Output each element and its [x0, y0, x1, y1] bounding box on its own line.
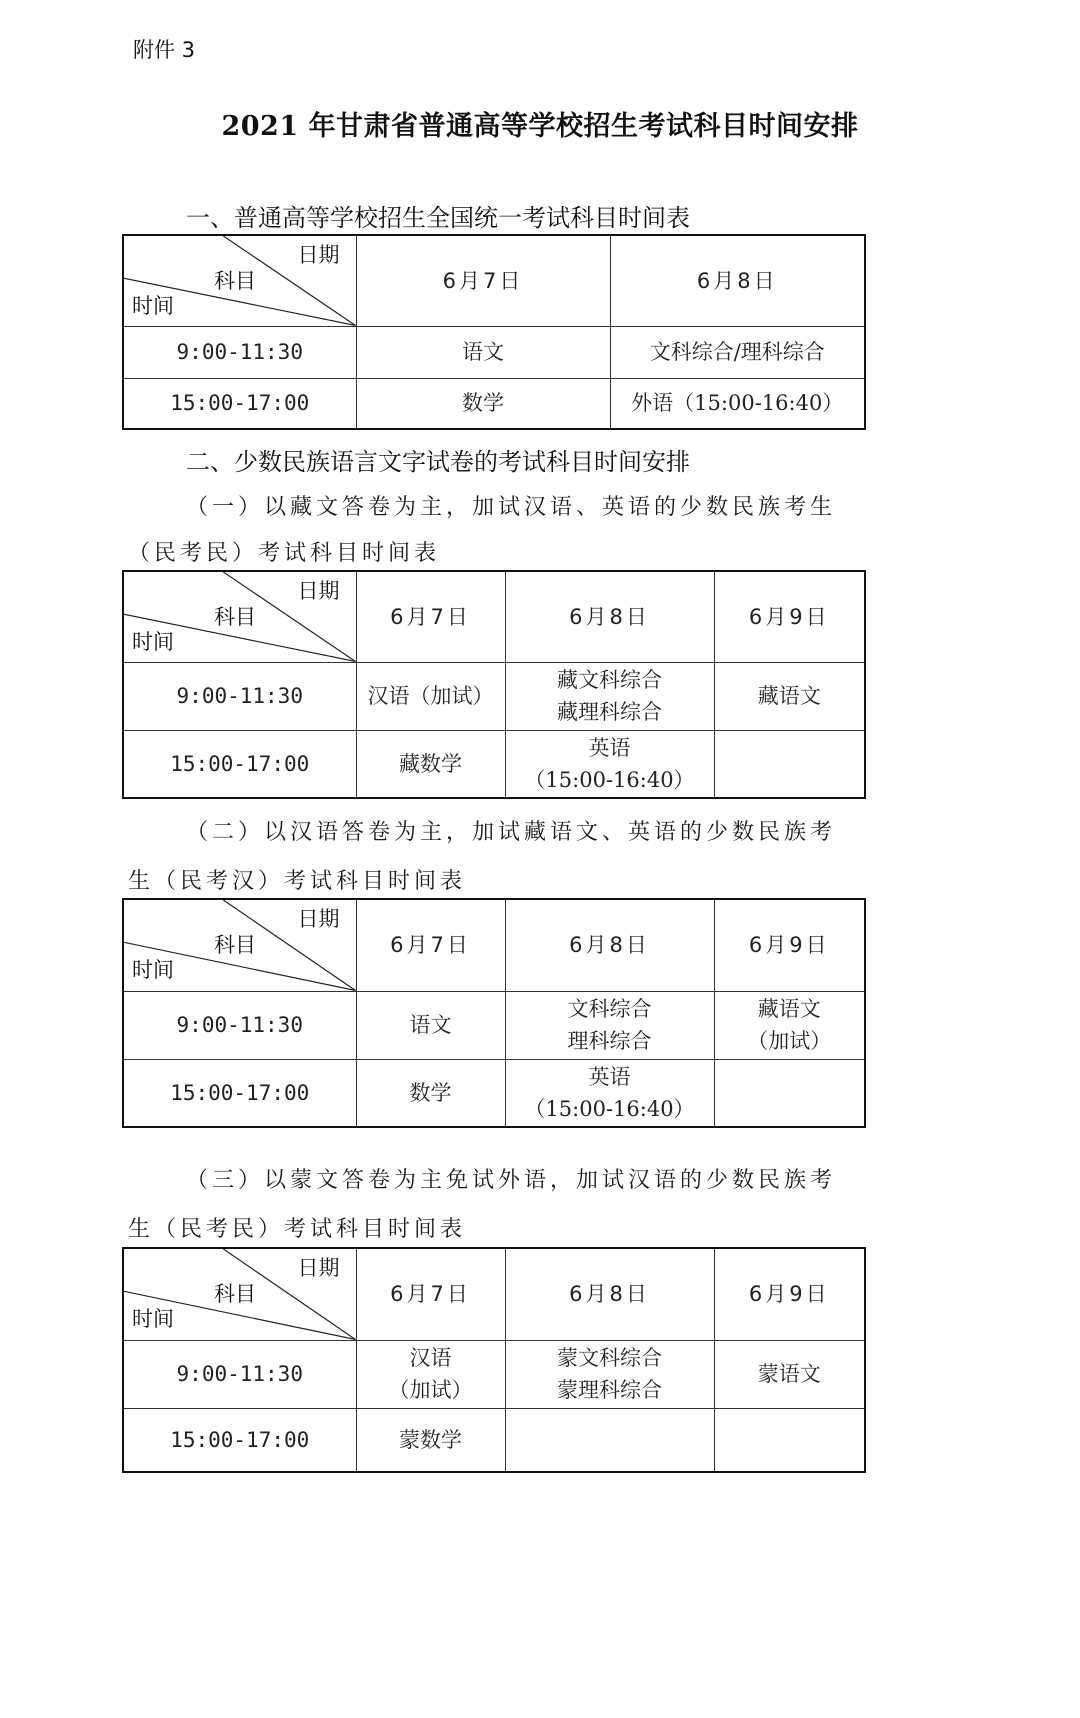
column-header-date: 6月7日 [356, 235, 610, 326]
subject-line: 理科综合 [506, 1025, 714, 1057]
subject-line: 汉语 [357, 1342, 505, 1374]
table-row: 15:00-17:00数学外语（15:00-16:40） [123, 378, 865, 429]
subject-line: 蒙理科综合 [506, 1374, 714, 1406]
corner-label-date: 日期 [298, 1255, 340, 1281]
corner-label-time: 时间 [132, 629, 174, 655]
corner-label-subject: 科目 [214, 932, 256, 958]
corner-label-date: 日期 [298, 242, 340, 268]
column-header-date: 6月7日 [356, 899, 505, 991]
schedule-table-mongolian-minkaomin: 日期科目时间6月7日6月8日6月9日9:00-11:30汉语（加试）蒙文科综合蒙… [122, 1247, 866, 1473]
subject-line: 蒙文科综合 [506, 1342, 714, 1374]
subject-line: 外语（15:00-16:40） [611, 387, 865, 419]
subject-line: （15:00-16:40） [506, 1093, 714, 1125]
subject-cell: 外语（15:00-16:40） [610, 378, 865, 429]
subject-line: 文科综合 [506, 993, 714, 1025]
subject-line: 藏语文 [715, 993, 865, 1025]
time-slot-cell: 9:00-11:30 [123, 1340, 356, 1408]
table-row: 15:00-17:00数学英语（15:00-16:40） [123, 1059, 865, 1127]
time-slot-cell: 9:00-11:30 [123, 662, 356, 730]
table-row: 9:00-11:30汉语（加试）藏文科综合藏理科综合藏语文 [123, 662, 865, 730]
corner-label-subject: 科目 [214, 604, 256, 630]
subsection-1-line-2: （民考民）考试科目时间表 [128, 536, 440, 567]
subject-cell: 藏语文 [714, 662, 865, 730]
corner-label-date: 日期 [298, 906, 340, 932]
subject-cell: 汉语（加试） [356, 662, 505, 730]
corner-label-date: 日期 [298, 578, 340, 604]
subject-cell: 汉语（加试） [356, 1340, 505, 1408]
section-2-heading: 二、少数民族语言文字试卷的考试科目时间安排 [186, 442, 690, 477]
schedule-table-unified: 日期科目时间6月7日6月8日9:00-11:30语文文科综合/理科综合15:00… [122, 234, 866, 430]
subject-line: 语文 [357, 1009, 505, 1041]
column-header-date: 6月9日 [714, 571, 865, 662]
diagonal-header-cell: 日期科目时间 [123, 235, 356, 326]
subject-line: 文科综合/理科综合 [611, 336, 865, 368]
table-row: 9:00-11:30语文文科综合/理科综合 [123, 326, 865, 378]
subject-line: 英语 [506, 732, 714, 764]
column-header-date: 6月8日 [505, 571, 714, 662]
schedule-table-minkaohan: 日期科目时间6月7日6月8日6月9日9:00-11:30语文文科综合理科综合藏语… [122, 898, 866, 1128]
corner-label-time: 时间 [132, 957, 174, 983]
subject-cell: 英语（15:00-16:40） [505, 1059, 714, 1127]
subject-cell [714, 1408, 865, 1472]
time-slot-cell: 15:00-17:00 [123, 1408, 356, 1472]
subject-line: （15:00-16:40） [506, 764, 714, 796]
time-slot-cell: 15:00-17:00 [123, 378, 356, 429]
subject-cell: 文科综合/理科综合 [610, 326, 865, 378]
subject-cell [714, 730, 865, 798]
time-slot-cell: 15:00-17:00 [123, 1059, 356, 1127]
subject-line: 英语 [506, 1061, 714, 1093]
subsection-3-line-2: 生（民考民）考试科目时间表 [128, 1212, 466, 1243]
column-header-date: 6月8日 [505, 1248, 714, 1340]
subject-cell: 蒙文科综合蒙理科综合 [505, 1340, 714, 1408]
corner-label-time: 时间 [132, 1306, 174, 1332]
column-header-date: 6月8日 [610, 235, 865, 326]
diagonal-header-cell: 日期科目时间 [123, 899, 356, 991]
subsection-3-line-1: （三）以蒙文答卷为主免试外语，加试汉语的少数民族考 [186, 1163, 836, 1194]
subject-line: 藏文科综合 [506, 664, 714, 696]
subject-cell: 蒙数学 [356, 1408, 505, 1472]
subject-cell: 藏数学 [356, 730, 505, 798]
corner-label-subject: 科目 [214, 1281, 256, 1307]
corner-label-time: 时间 [132, 293, 174, 319]
time-slot-cell: 9:00-11:30 [123, 991, 356, 1059]
subject-cell: 文科综合理科综合 [505, 991, 714, 1059]
subject-cell: 藏文科综合藏理科综合 [505, 662, 714, 730]
subject-cell [505, 1408, 714, 1472]
subsection-2-line-1: （二）以汉语答卷为主，加试藏语文、英语的少数民族考 [186, 815, 836, 846]
section-1-heading: 一、普通高等学校招生全国统一考试科目时间表 [186, 198, 690, 233]
table-header-row: 日期科目时间6月7日6月8日6月9日 [123, 1248, 865, 1340]
table-header-row: 日期科目时间6月7日6月8日6月9日 [123, 571, 865, 662]
subject-cell: 语文 [356, 991, 505, 1059]
table-header-row: 日期科目时间6月7日6月8日 [123, 235, 865, 326]
subject-cell: 蒙语文 [714, 1340, 865, 1408]
column-header-date: 6月7日 [356, 1248, 505, 1340]
time-slot-cell: 15:00-17:00 [123, 730, 356, 798]
column-header-date: 6月9日 [714, 899, 865, 991]
subject-line: 藏数学 [357, 748, 505, 780]
diagonal-header-cell: 日期科目时间 [123, 571, 356, 662]
column-header-date: 6月7日 [356, 571, 505, 662]
subject-line: 蒙语文 [715, 1358, 865, 1390]
table-row: 15:00-17:00藏数学英语（15:00-16:40） [123, 730, 865, 798]
table-row: 15:00-17:00蒙数学 [123, 1408, 865, 1472]
schedule-table-tibetan-minkaomin: 日期科目时间6月7日6月8日6月9日9:00-11:30汉语（加试）藏文科综合藏… [122, 570, 866, 799]
subsection-1-line-1: （一）以藏文答卷为主，加试汉语、英语的少数民族考生 [186, 490, 836, 521]
subject-line: 汉语（加试） [357, 680, 505, 712]
subject-cell: 藏语文（加试） [714, 991, 865, 1059]
subject-line: 数学 [357, 1077, 505, 1109]
subject-cell: 语文 [356, 326, 610, 378]
time-slot-cell: 9:00-11:30 [123, 326, 356, 378]
subject-line: 藏语文 [715, 680, 865, 712]
subject-cell: 数学 [356, 1059, 505, 1127]
subject-cell [714, 1059, 865, 1127]
subsection-2-line-2: 生（民考汉）考试科目时间表 [128, 864, 466, 895]
subject-cell: 英语（15:00-16:40） [505, 730, 714, 798]
document-title: 2021 年甘肃省普通高等学校招生考试科目时间安排 [0, 104, 1080, 143]
subject-line: （加试） [357, 1374, 505, 1406]
subject-cell: 数学 [356, 378, 610, 429]
corner-label-subject: 科目 [214, 268, 256, 294]
subject-line: 藏理科综合 [506, 696, 714, 728]
subject-line: 数学 [357, 387, 610, 419]
table-row: 9:00-11:30汉语（加试）蒙文科综合蒙理科综合蒙语文 [123, 1340, 865, 1408]
diagonal-header-cell: 日期科目时间 [123, 1248, 356, 1340]
subject-line: （加试） [715, 1025, 865, 1057]
attachment-label: 附件 3 [133, 34, 195, 64]
column-header-date: 6月9日 [714, 1248, 865, 1340]
column-header-date: 6月8日 [505, 899, 714, 991]
table-row: 9:00-11:30语文文科综合理科综合藏语文（加试） [123, 991, 865, 1059]
subject-line: 语文 [357, 336, 610, 368]
table-header-row: 日期科目时间6月7日6月8日6月9日 [123, 899, 865, 991]
subject-line: 蒙数学 [357, 1424, 505, 1456]
